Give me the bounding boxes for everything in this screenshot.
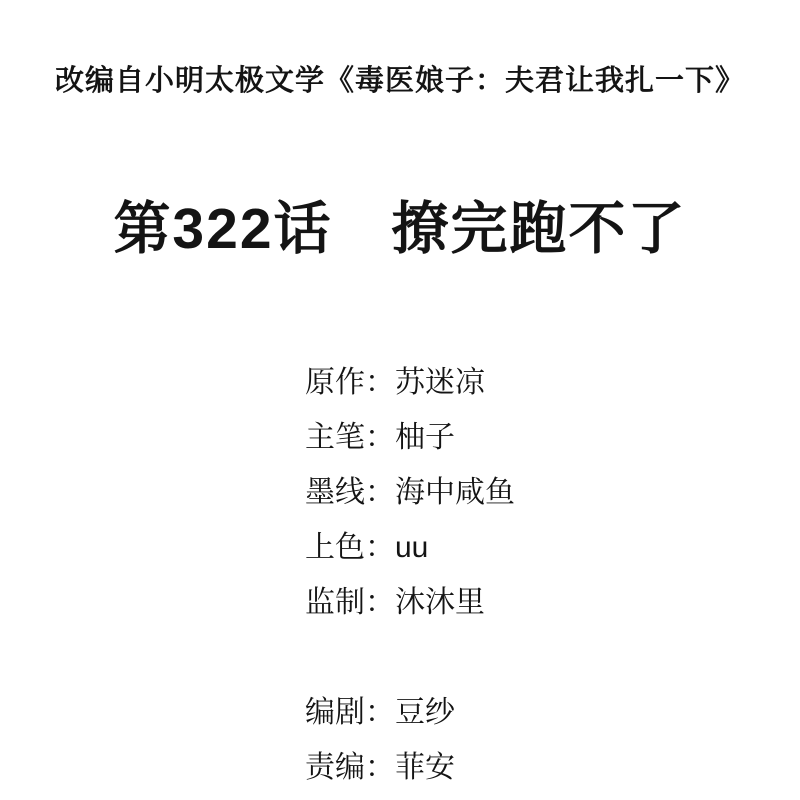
credit-row-lead-artist: 主笔：柚子 [305,410,515,465]
credit-colon: ： [365,586,395,619]
credit-role: 墨线 [305,476,365,509]
comic-credits-page: 改编自小明太极文学《毒医娘子：夫君让我扎一下》 第322话 撩完跑不了 原作：苏… [0,0,800,800]
credits-staff-group: 原作：苏迷凉 主笔：柚子 墨线：海中咸鱼 上色：uu 监制：沐沐里 [305,355,515,630]
credit-name: 豆纱 [395,696,455,729]
credit-role: 责编 [305,751,365,784]
credit-role: 原作 [305,366,365,399]
credit-name: 苏迷凉 [395,366,485,399]
credit-colon: ： [365,476,395,509]
credit-colon: ： [365,696,395,729]
credit-row-screenwriter: 编剧：豆纱 [305,685,515,740]
credit-name: 柚子 [395,421,455,454]
credit-colon: ： [365,366,395,399]
credit-row-coloring: 上色：uu [305,520,515,575]
credit-row-inking: 墨线：海中咸鱼 [305,465,515,520]
credit-row-supervisor: 监制：沐沐里 [305,575,515,630]
credit-name: 菲安 [395,751,455,784]
credits-block: 原作：苏迷凉 主笔：柚子 墨线：海中咸鱼 上色：uu 监制：沐沐里 编剧：豆纱 … [305,355,515,795]
credit-colon: ： [365,421,395,454]
adaptation-note: 改编自小明太极文学《毒医娘子：夫君让我扎一下》 [0,58,800,99]
credit-row-original-author: 原作：苏迷凉 [305,355,515,410]
credit-colon: ： [365,531,395,564]
credits-editors-group: 编剧：豆纱 责编：菲安 [305,685,515,795]
credit-role: 编剧 [305,696,365,729]
credit-name: 海中咸鱼 [395,476,515,509]
credit-name: 沐沐里 [395,586,485,619]
credit-row-chief-editor: 责编：菲安 [305,740,515,795]
chapter-title: 第322话 撩完跑不了 [0,183,800,265]
credit-colon: ： [365,751,395,784]
credit-name: uu [395,531,428,564]
credit-role: 监制 [305,586,365,619]
credit-role: 主笔 [305,421,365,454]
credit-role: 上色 [305,531,365,564]
